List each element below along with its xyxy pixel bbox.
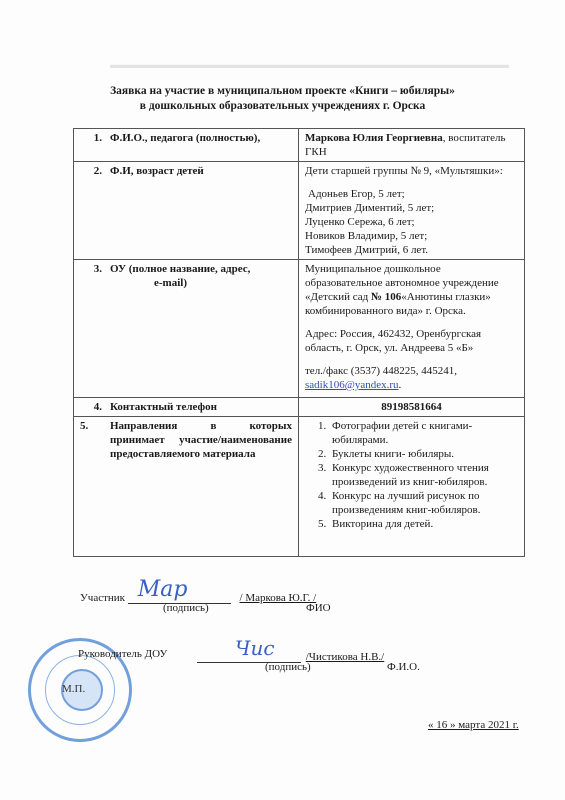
- list-item: Фотографии детей с книгами-юбилярами.: [329, 419, 518, 447]
- row-label-cell: 5.Направления в которых принимает участи…: [74, 417, 299, 557]
- row-label: Направления в которых: [110, 420, 292, 432]
- participant-signature: Мар: [138, 577, 188, 602]
- contact-phone: 89198581664: [381, 401, 442, 413]
- table-row: 5.Направления в которых принимает участи…: [74, 417, 525, 557]
- row-label-cell: 1.Ф.И.О., педагога (полностью),: [74, 129, 299, 162]
- row-label-cont: e-mail): [80, 276, 292, 290]
- child-item: Луценко Сережа, 6 лет;: [305, 215, 518, 229]
- head-label: Руководитель ДОУ: [78, 648, 167, 660]
- row-number: 4.: [80, 400, 102, 414]
- row-number: 5.: [80, 419, 102, 433]
- child-item: Новиков Владимир, 5 лет;: [305, 229, 518, 243]
- row-value-cell: Фотографии детей с книгами-юбилярами. Бу…: [299, 417, 525, 557]
- org-name: Муниципальное дошкольное образовательное…: [305, 262, 518, 318]
- row-label-cell: 4.Контактный телефон: [74, 398, 299, 417]
- row-number: 2.: [80, 164, 102, 178]
- child-item: Тимофеев Дмитрий, 6 лет.: [305, 243, 518, 257]
- participant-sig-caption: (подпись): [163, 602, 209, 614]
- document-title: Заявка на участие в муниципальном проект…: [0, 84, 565, 114]
- child-item: Дмитриев Диментий, 5 лет;: [305, 201, 518, 215]
- participant-name: / Маркова Ю.Г. /: [240, 592, 317, 604]
- row-label-cell: 3.ОУ (полное название, адрес, e-mail): [74, 260, 299, 398]
- list-item: Викторина для детей.: [329, 517, 518, 531]
- document-date: « 16 » марта 2021 г.: [428, 719, 519, 731]
- directions-list: Фотографии детей с книгами-юбилярами. Бу…: [305, 419, 518, 531]
- row-number: 3.: [80, 262, 102, 276]
- row-value-cell: Маркова Юлия Георгиевна, воспитатель ГКН: [299, 129, 525, 162]
- row-label-cont: принимает участие/наименование: [80, 433, 292, 447]
- head-signature: Чис: [235, 636, 275, 660]
- row-label: Ф.И, возраст детей: [110, 165, 204, 177]
- list-item: Конкурс на лучший рисунок по произведени…: [329, 489, 518, 517]
- table-row: 2.Ф.И, возраст детей Дети старшей группы…: [74, 162, 525, 260]
- participant-label: Участник: [80, 592, 125, 604]
- stamp-placeholder-label: М.П.: [62, 683, 85, 695]
- row-value-cell: 89198581664: [299, 398, 525, 417]
- org-address: Адрес: Россия, 462432, Оренбургская обла…: [305, 327, 518, 355]
- head-name: /Чистикова Н.В./: [306, 651, 384, 663]
- bleed-through: ▬▬▬▬▬▬▬▬▬▬▬▬▬▬▬▬▬▬▬▬▬▬▬▬▬▬▬▬▬▬▬▬▬▬▬▬▬▬: [110, 60, 509, 71]
- row-label-cell: 2.Ф.И, возраст детей: [74, 162, 299, 260]
- table-row: 4.Контактный телефон 89198581664: [74, 398, 525, 417]
- title-line-2: в дошкольных образовательных учреждениях…: [0, 99, 565, 114]
- row-label-cont: предоставляемого материала: [80, 447, 292, 461]
- group-intro: Дети старшей группы № 9, «Мультяшки»:: [305, 164, 518, 178]
- row-value-cell: Муниципальное дошкольное образовательное…: [299, 260, 525, 398]
- head-name-caption: Ф.И.О.: [387, 661, 420, 673]
- row-label: Контактный телефон: [110, 401, 217, 413]
- child-item: Адоньев Егор, 5 лет;: [305, 187, 518, 201]
- title-line-1: Заявка на участие в муниципальном проект…: [0, 84, 565, 99]
- org-phone-fax: тел./факс (3537) 448225, 445241,: [305, 364, 518, 378]
- list-item: Конкурс художественного чтения произведе…: [329, 461, 518, 489]
- org-email-link[interactable]: sadik106@yandex.ru: [305, 379, 399, 391]
- head-sig-caption: (подпись): [265, 661, 311, 673]
- participant-name-caption: ФИО: [306, 602, 331, 614]
- row-label: Ф.И.О., педагога (полностью),: [110, 132, 260, 144]
- application-table: 1.Ф.И.О., педагога (полностью), Маркова …: [73, 128, 525, 557]
- table-row: 1.Ф.И.О., педагога (полностью), Маркова …: [74, 129, 525, 162]
- row-label: ОУ (полное название, адрес,: [110, 263, 250, 275]
- table-row: 3.ОУ (полное название, адрес, e-mail) Му…: [74, 260, 525, 398]
- list-item: Буклеты книги- юбиляры.: [329, 447, 518, 461]
- row-value-cell: Дети старшей группы № 9, «Мультяшки»: Ад…: [299, 162, 525, 260]
- row-number: 1.: [80, 131, 102, 145]
- teacher-name: Маркова Юлия Георгиевна: [305, 132, 443, 144]
